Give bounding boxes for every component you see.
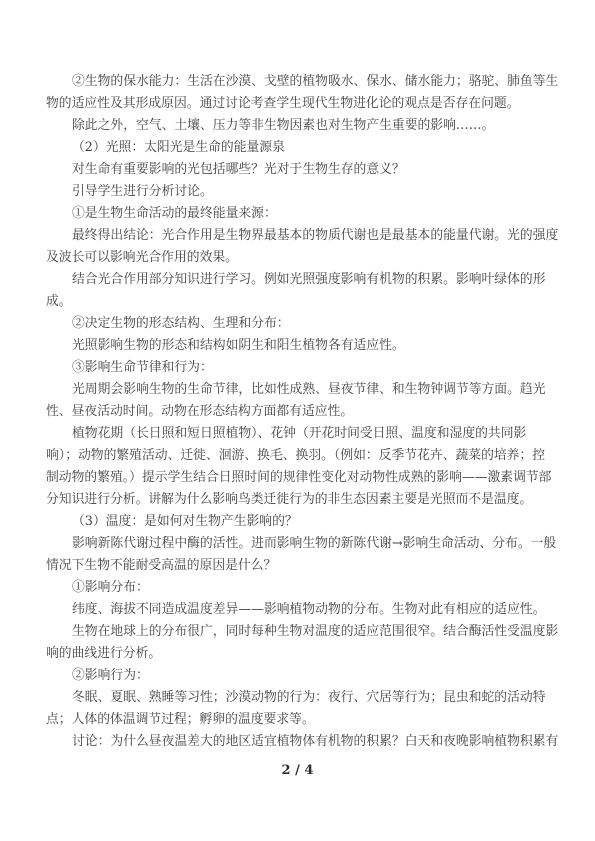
- text-line: ②生物的保水能力：生活在沙漠、戈壁的植物吸水、保水、储水能力；骆驼、肺鱼等生: [46, 71, 548, 93]
- text-line: 对生命有重要影响的光包括哪些？光对于生物生存的意义？: [46, 159, 548, 181]
- text-line: 除此之外，空气、土壤、压力等非生物因素也对生物产生重要的影响……。: [46, 115, 548, 137]
- text-line: 生物在地球上的分布很广，同时每种生物对温度的适应范围很窄。结合酶活性受温度影: [46, 621, 548, 643]
- text-line: 引导学生进行分析讨论。: [46, 181, 548, 203]
- text-line: 点；人体的体温调节过程；孵卵的温度要求等。: [46, 709, 548, 731]
- text-line: 情况下生物不能耐受高温的原因是什么？: [46, 555, 548, 577]
- text-line: ②决定生物的形态结构、生理和分布：: [46, 313, 548, 335]
- text-line: 冬眠、夏眠、熟睡等习性；沙漠动物的行为：夜行、穴居等行为；昆虫和蛇的活动特: [46, 687, 548, 709]
- text-line: 植物花期（长日照和短日照植物）、花钟（开花时间受日照、温度和湿度的共同影: [46, 423, 548, 445]
- text-line: ①影响分布：: [46, 577, 548, 599]
- text-line: 最终得出结论：光合作用是生物界最基本的物质代谢也是最基本的能量代谢。光的强度: [46, 225, 548, 247]
- text-line: 光周期会影响生物的生命节律，比如性成熟、昼夜节律、和生物钟调节等方面。趋光: [46, 379, 548, 401]
- text-line: 影响新陈代谢过程中酶的活性。进而影响生物的新陈代谢→影响生命活动、分布。一般: [46, 533, 548, 555]
- text-line: （3）温度：是如何对生物产生影响的？: [46, 511, 548, 533]
- text-line: （2）光照：太阳光是生命的能量源泉: [46, 137, 548, 159]
- text-line: ③影响生命节律和行为：: [46, 357, 548, 379]
- text-line: ②影响行为：: [46, 665, 548, 687]
- page-number: 2 / 4: [0, 763, 595, 778]
- text-line: 讨论：为什么昼夜温差大的地区适宜植物体有机物的积累？白天和夜晚影响植物积累有: [46, 731, 548, 753]
- document-body: ②生物的保水能力：生活在沙漠、戈壁的植物吸水、保水、储水能力；骆驼、肺鱼等生物的…: [46, 71, 548, 753]
- text-line: 物的适应性及其形成原因。通过讨论考查学生现代生物进化论的观点是否存在问题。: [46, 93, 548, 115]
- text-line: 光照影响生物的形态和结构如阴生和阳生植物各有适应性。: [46, 335, 548, 357]
- text-line: ①是生物生命活动的最终能量来源：: [46, 203, 548, 225]
- text-line: 性、昼夜活动时间。动物在形态结构方面都有适应性。: [46, 401, 548, 423]
- document-page: ②生物的保水能力：生活在沙漠、戈壁的植物吸水、保水、储水能力；骆驼、肺鱼等生物的…: [0, 0, 595, 841]
- text-line: 成。: [46, 291, 548, 313]
- text-line: 结合光合作用部分知识进行学习。例如光照强度影响有机物的积累。影响叶绿体的形: [46, 269, 548, 291]
- text-line: 纬度、海拔不同造成温度差异——影响植物动物的分布。生物对此有相应的适应性。: [46, 599, 548, 621]
- text-line: 响的曲线进行分析。: [46, 643, 548, 665]
- text-line: 制动物的繁殖。）提示学生结合日照时间的规律性变化对动物性成熟的影响——激素调节部: [46, 467, 548, 489]
- text-line: 及波长可以影响光合作用的效果。: [46, 247, 548, 269]
- text-line: 响）；动物的繁殖活动、迁徙、洄游、换毛、换羽。（例如：反季节花卉、蔬菜的培养；控: [46, 445, 548, 467]
- text-line: 分知识进行分析。讲解为什么影响鸟类迁徙行为的非生态因素主要是光照而不是温度。: [46, 489, 548, 511]
